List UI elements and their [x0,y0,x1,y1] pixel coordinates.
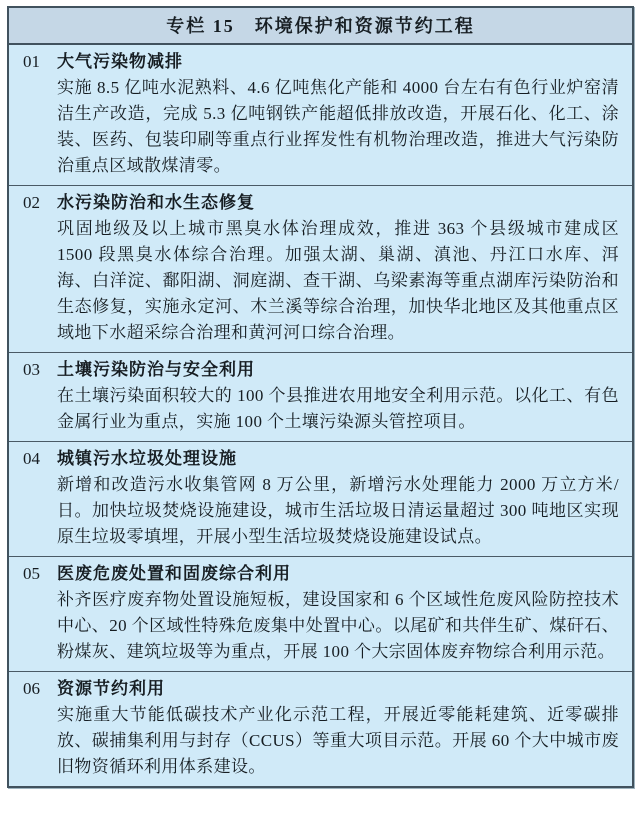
section-number: 01 [23,49,57,75]
section-01: 01 大气污染物减排 实施 8.5 亿吨水泥熟料、4.6 亿吨焦化产能和 400… [9,45,632,185]
section-number: 06 [23,676,57,702]
section-body: 实施 8.5 亿吨水泥熟料、4.6 亿吨焦化产能和 4000 台左右有色行业炉窑… [57,75,619,179]
section-title: 资源节约利用 [57,676,619,702]
section-03: 03 土壤污染防治与安全利用 在土壤污染面积较大的 100 个县推进农用地安全利… [9,352,632,441]
section-title: 医废危废处置和固废综合利用 [57,561,619,587]
column-box: 专栏 15 环境保护和资源节约工程 01 大气污染物减排 实施 8.5 亿吨水泥… [7,6,634,788]
section-06: 06 资源节约利用 实施重大节能低碳技术产业化示范工程，开展近零能耗建筑、近零碳… [9,671,632,786]
section-number: 05 [23,561,57,587]
section-body: 在土壤污染面积较大的 100 个县推进农用地安全利用示范。以化工、有色金属行业为… [57,383,619,435]
section-number: 04 [23,446,57,472]
box-sections: 01 大气污染物减排 实施 8.5 亿吨水泥熟料、4.6 亿吨焦化产能和 400… [9,45,632,786]
section-title: 土壤污染防治与安全利用 [57,357,619,383]
section-05: 05 医废危废处置和固废综合利用 补齐医疗废弃物处置设施短板，建设国家和 6 个… [9,556,632,671]
document-page: 专栏 15 环境保护和资源节约工程 01 大气污染物减排 实施 8.5 亿吨水泥… [0,0,640,813]
section-title: 大气污染物减排 [57,49,619,75]
section-04: 04 城镇污水垃圾处理设施 新增和改造污水收集管网 8 万公里，新增污水处理能力… [9,441,632,556]
section-number: 02 [23,190,57,216]
section-number: 03 [23,357,57,383]
section-02: 02 水污染防治和水生态修复 巩固地级及以上城市黑臭水体治理成效，推进 363 … [9,185,632,352]
section-body: 新增和改造污水收集管网 8 万公里，新增污水处理能力 2000 万立方米/日。加… [57,472,619,550]
section-body: 补齐医疗废弃物处置设施短板，建设国家和 6 个区域性危废风险防控技术中心、20 … [57,587,619,665]
section-title: 城镇污水垃圾处理设施 [57,446,619,472]
section-body: 实施重大节能低碳技术产业化示范工程，开展近零能耗建筑、近零碳排放、碳捕集利用与封… [57,702,619,780]
box-header-title: 专栏 15 环境保护和资源节约工程 [9,8,632,45]
section-body: 巩固地级及以上城市黑臭水体治理成效，推进 363 个县级城市建成区 1500 段… [57,216,619,346]
section-title: 水污染防治和水生态修复 [57,190,619,216]
